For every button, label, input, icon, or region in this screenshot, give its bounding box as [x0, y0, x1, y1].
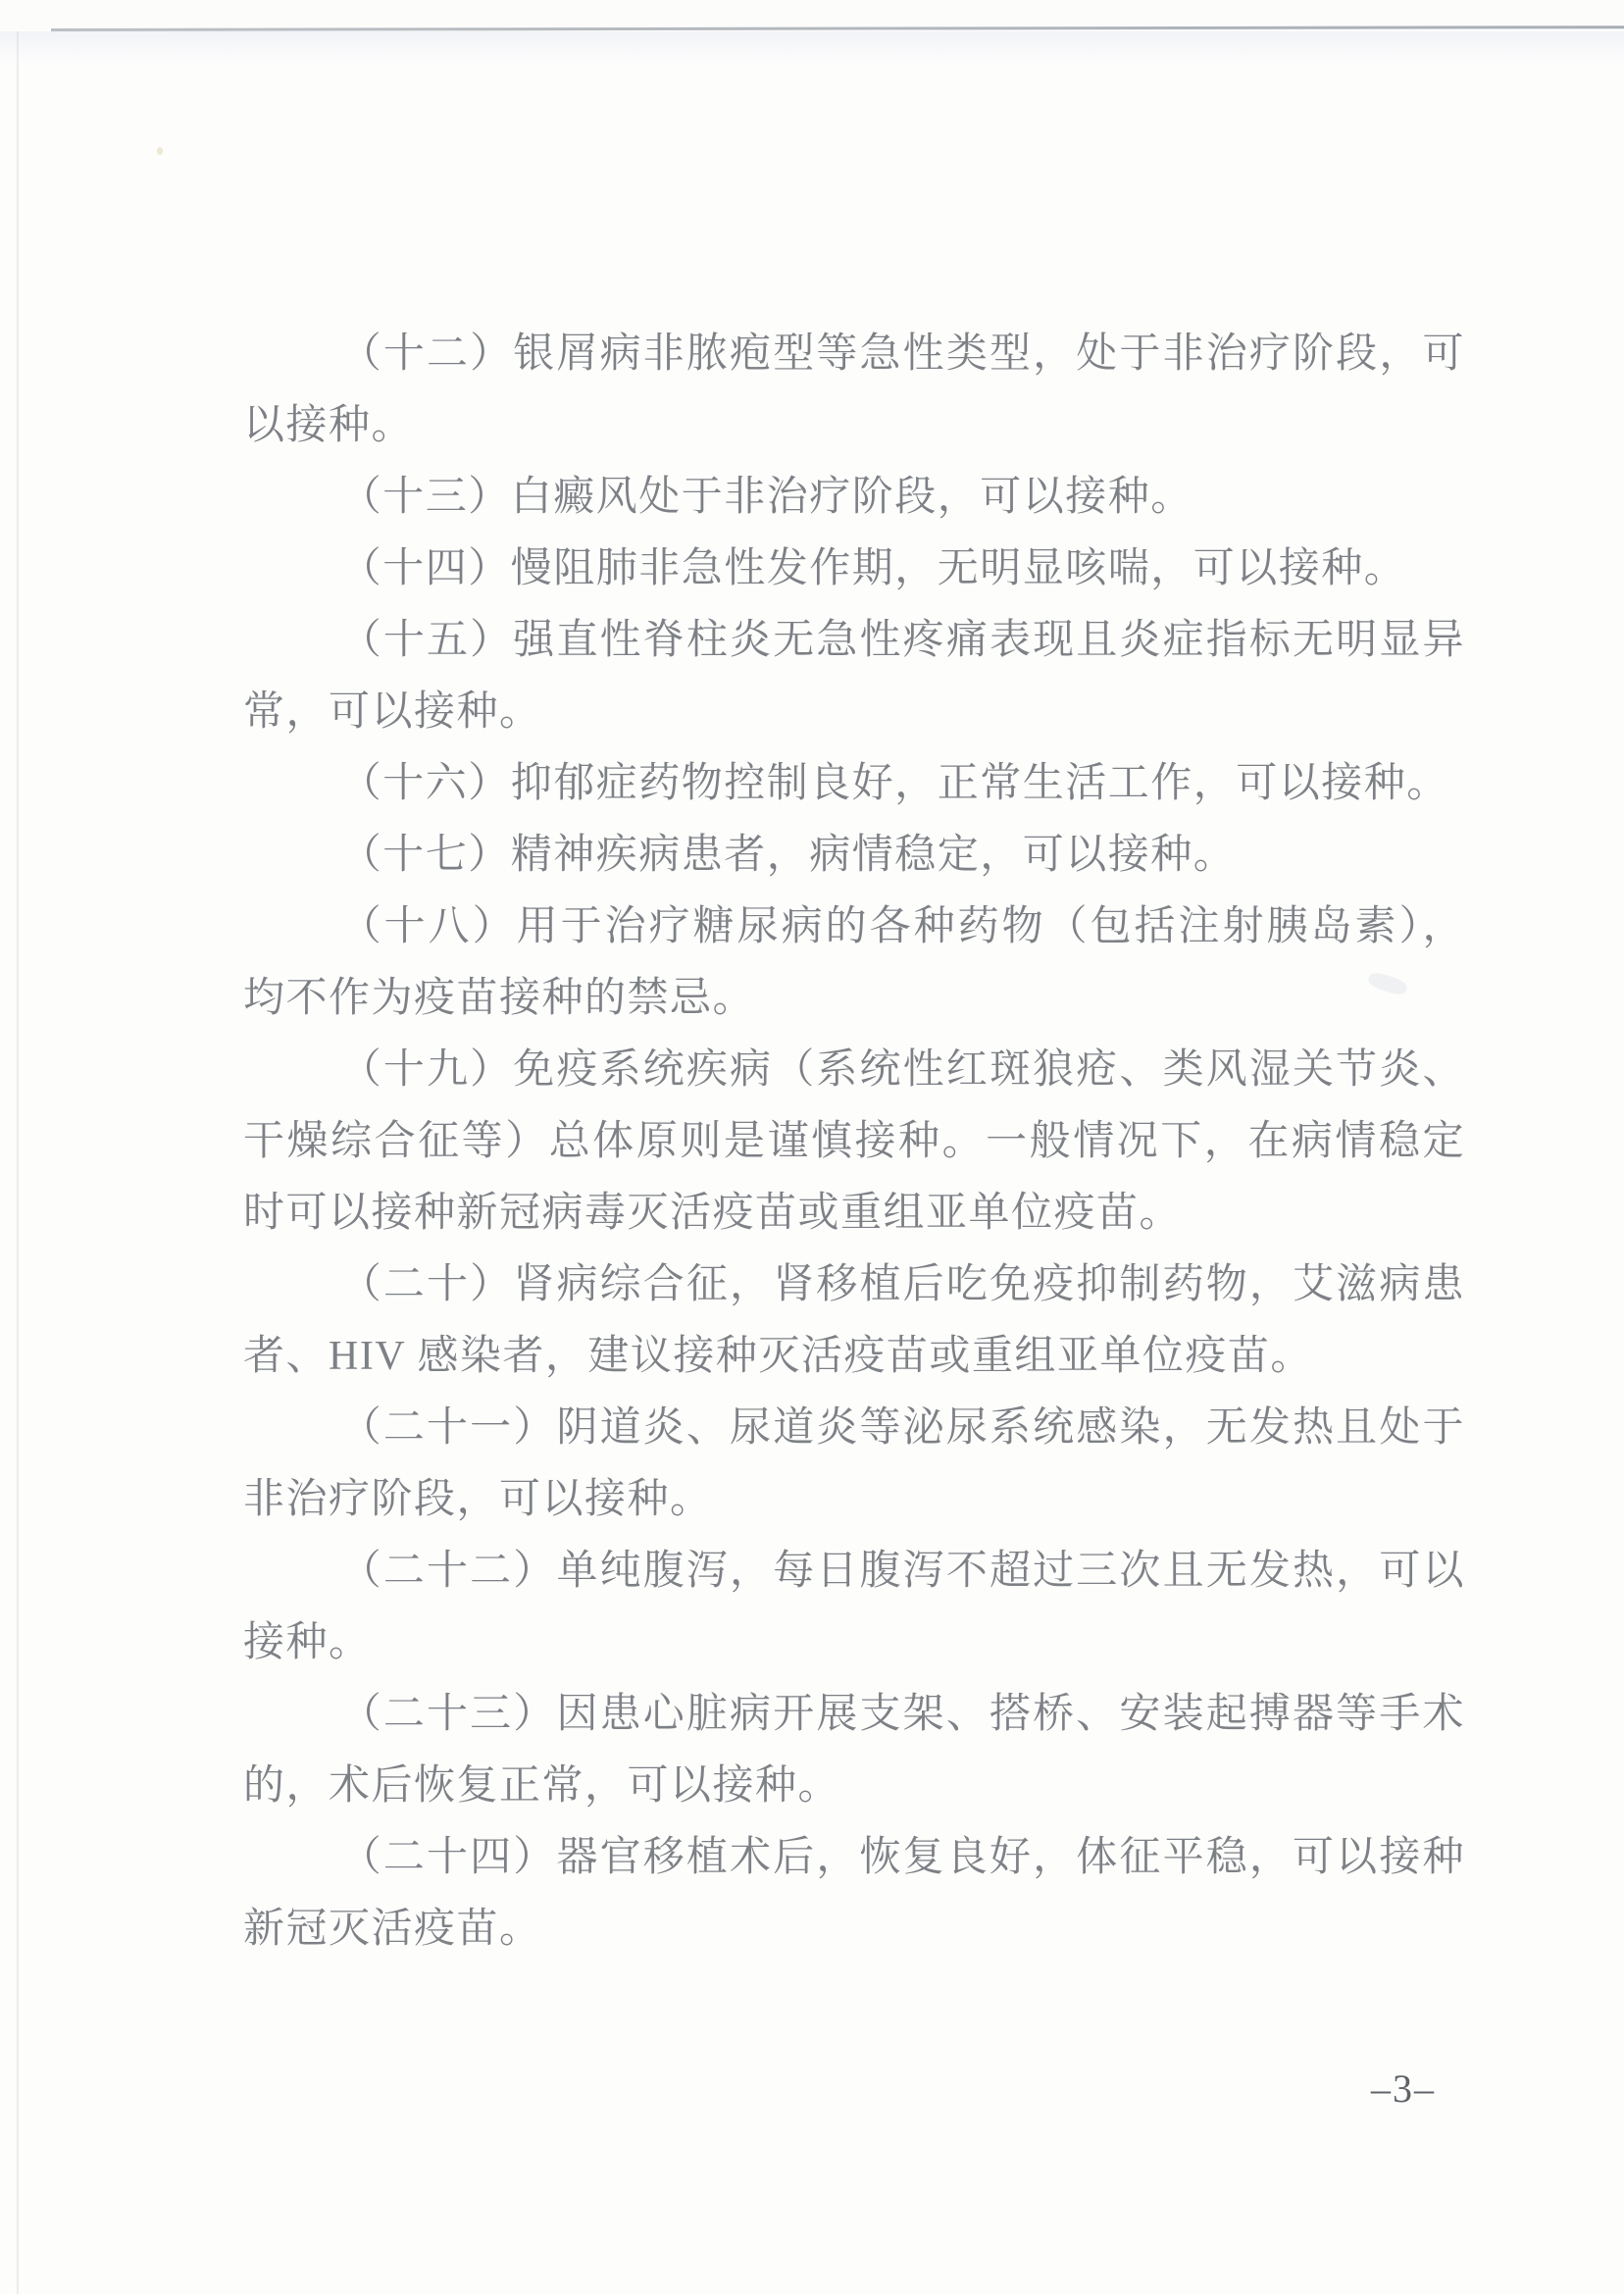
paragraph-item-18: （十八）用于治疗糖尿病的各种药物（包括注射胰岛素），均不作为疫苗接种的禁忌。 — [243, 892, 1465, 1035]
scan-speck — [157, 147, 163, 155]
scan-edge-shadow-band — [0, 31, 1624, 65]
paragraph-item-13: （十三）白癜风处于非治疗阶段，可以接种。 — [243, 462, 1465, 534]
paragraph-item-22: （二十二）单纯腹泻，每日腹泻不超过三次且无发热，可以接种。 — [243, 1536, 1465, 1679]
scan-left-fold-line — [17, 31, 19, 2294]
paragraph-item-24: （二十四）器官移植术后，恢复良好，体征平稳，可以接种新冠灭活疫苗。 — [243, 1822, 1465, 1965]
document-body-text: （十二）银屑病非脓疱型等急性类型，处于非治疗阶段，可以接种。 （十三）白癜风处于… — [243, 319, 1465, 1965]
paragraph-item-21: （二十一）阴道炎、尿道炎等泌尿系统感染，无发热且处于非治疗阶段，可以接种。 — [243, 1393, 1465, 1536]
paragraph-item-23: （二十三）因患心脏病开展支架、搭桥、安装起搏器等手术的，术后恢复正常，可以接种。 — [243, 1679, 1465, 1822]
paragraph-item-12: （十二）银屑病非脓疱型等急性类型，处于非治疗阶段，可以接种。 — [243, 319, 1465, 462]
page-number: –3– — [1371, 2065, 1436, 2112]
paragraph-item-16: （十六）抑郁症药物控制良好，正常生活工作，可以接种。 — [243, 748, 1465, 820]
paragraph-item-19: （十九）免疫系统疾病（系统性红斑狼疮、类风湿关节炎、干燥综合征等）总体原则是谨慎… — [243, 1035, 1465, 1249]
scan-edge-strip — [0, 0, 1624, 29]
paragraph-item-14: （十四）慢阻肺非急性发作期，无明显咳喘，可以接种。 — [243, 534, 1465, 605]
paragraph-item-15: （十五）强直性脊柱炎无急性疼痛表现且炎症指标无明显异常，可以接种。 — [243, 605, 1465, 748]
scanned-document-page: （十二）银屑病非脓疱型等急性类型，处于非治疗阶段，可以接种。 （十三）白癜风处于… — [0, 0, 1624, 2294]
paragraph-item-20: （二十）肾病综合征，肾移植后吃免疫抑制药物，艾滋病患者、HIV 感染者，建议接种… — [243, 1249, 1465, 1393]
paragraph-item-17: （十七）精神疾病患者，病情稳定，可以接种。 — [243, 820, 1465, 892]
